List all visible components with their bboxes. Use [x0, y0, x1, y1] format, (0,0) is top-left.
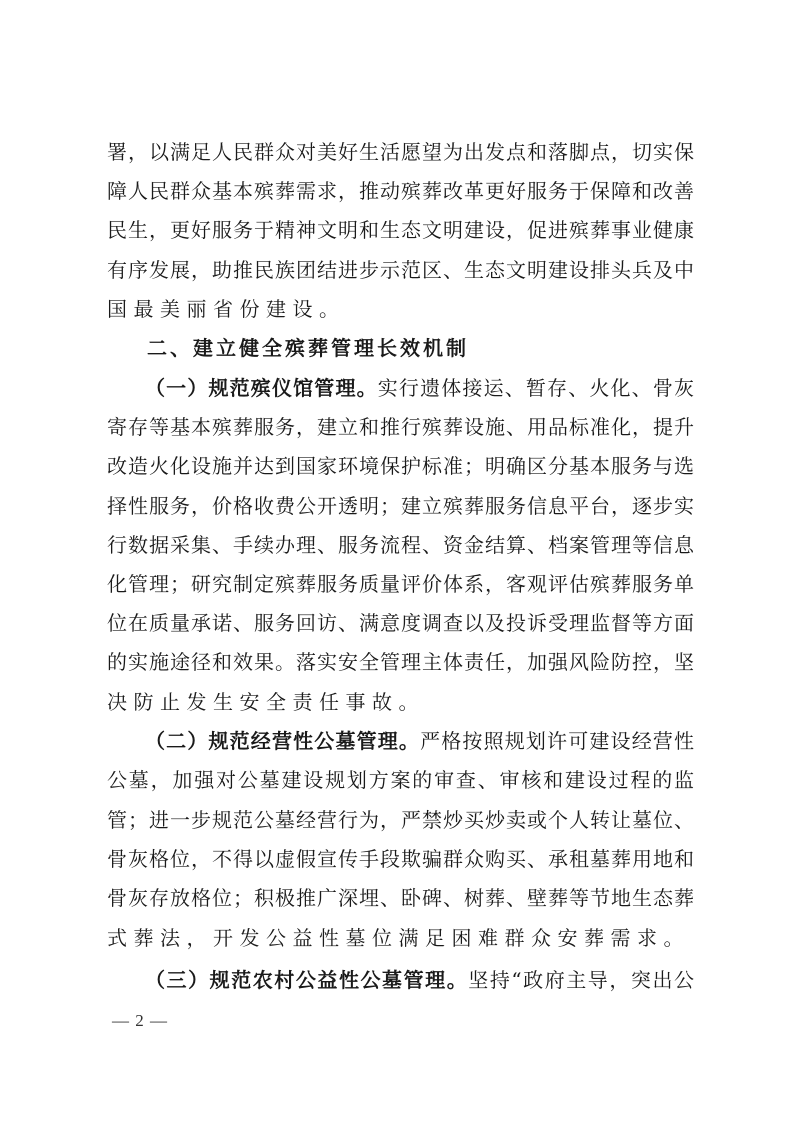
body-text: 实行遗体接运、暂存、火化、骨灰: [378, 376, 694, 400]
body-text-line: 国最美丽省份建设。: [107, 297, 694, 321]
subsection-title: （二）规范经营性公墓管理。: [145, 729, 420, 753]
body-text-line: 公墓，加强对公墓建设规划方案的审查、审核和建设过程的监: [107, 768, 694, 792]
body-text-line: 的实施途径和效果。落实安全管理主体责任，加强风险防控，坚: [107, 650, 694, 674]
body-text-line: 障人民群众基本殡葬需求，推动殡葬改革更好服务于保障和改善: [107, 179, 694, 203]
body-text-line: 位在质量承诺、服务回访、满意度调查以及投诉受理监督等方面: [107, 611, 694, 635]
body-text-line: 署，以满足人民群众对美好生活愿望为出发点和落脚点，切实保: [107, 140, 694, 164]
subsection-paragraph-start: （三）规范农村公益性公墓管理。坚持“政府主导，突出公: [145, 968, 694, 992]
page-number: — 2 —: [112, 1011, 168, 1031]
body-text-line: 化管理；研究制定殡葬服务质量评价体系，客观评估殡葬服务单: [107, 572, 694, 596]
body-text-line: 骨灰存放格位；积极推广深埋、卧碑、树葬、壁葬等节地生态葬: [107, 886, 694, 910]
body-text-line: 行数据采集、手续办理、服务流程、资金结算、档案管理等信息: [107, 533, 694, 557]
body-text-line: 骨灰格位，不得以虚假宣传手段欺骗群众购买、承租墓葬用地和: [107, 847, 694, 871]
body-text-line: 式葬法，开发公益性墓位满足困难群众安葬需求。: [107, 926, 694, 950]
body-text-line: 寄存等基本殡葬服务，建立和推行殡葬设施、用品标准化，提升: [107, 415, 694, 439]
body-text-line: 决防止发生安全责任事故。: [107, 690, 694, 714]
body-text-line: 择性服务，价格收费公开透明；建立殡葬服务信息平台，逐步实: [107, 494, 694, 518]
subsection-title: （一）规范殡仪馆管理。: [145, 376, 378, 400]
subsection-paragraph-start: （一）规范殡仪馆管理。实行遗体接运、暂存、火化、骨灰: [145, 376, 694, 400]
subsection-paragraph-start: （二）规范经营性公墓管理。严格按照规划许可建设经营性: [145, 729, 694, 753]
body-text-line: 有序发展，助推民族团结进步示范区、生态文明建设排头兵及中: [107, 258, 694, 282]
section-heading: 二、建立健全殡葬管理长效机制: [147, 336, 469, 360]
body-text-line: 管；进一步规范公墓经营行为，严禁炒买炒卖或个人转让墓位、: [107, 808, 694, 832]
body-text-line: 改造火化设施并达到国家环境保护标准；明确区分基本服务与选: [107, 454, 694, 478]
body-text: 坚持“政府主导，突出公: [468, 968, 694, 992]
body-text-line: 民生，更好服务于精神文明和生态文明建设，促进殡葬事业健康: [107, 218, 694, 242]
body-text: 严格按照规划许可建设经营性: [420, 729, 694, 753]
subsection-title: （三）规范农村公益性公墓管理。: [145, 968, 468, 992]
document-page: 署，以满足人民群众对美好生活愿望为出发点和落脚点，切实保 障人民群众基本殡葬需求…: [0, 0, 800, 1131]
